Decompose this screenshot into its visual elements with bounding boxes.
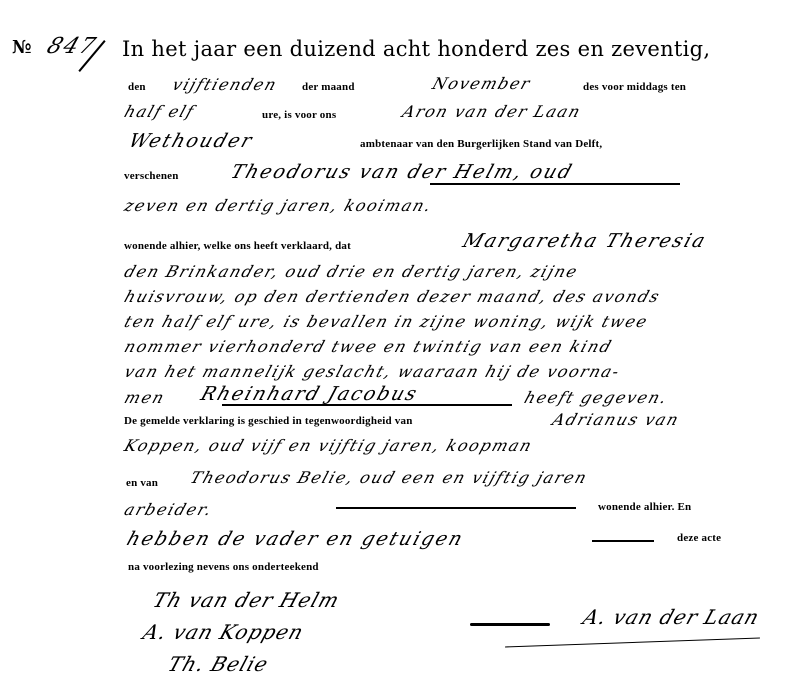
hand-month: November [430,74,534,93]
printed-verschenen: verschenen [124,170,179,182]
hand-mother-name: Margaretha Theresia [460,230,710,252]
hand-body-line-1: den Brinkander, oud drie en dertig jaren… [122,262,581,281]
signature-witness-2: Th. Belie [165,652,272,676]
document-heading: In het jaar een duizend acht honderd zes… [122,37,710,61]
child-name-underline [222,404,512,406]
signature-witness-1: A. van Koppen [140,620,307,644]
printed-des-middags: des voor middags ten [583,81,686,93]
printed-ambtenaar: ambtenaar van den Burgerlijken Stand van… [360,138,602,150]
hand-witness-1-name: Adrianus van [550,410,682,429]
printed-de-gemelde-verklaring: De gemelde verklaring is geschied in teg… [124,415,413,427]
hand-time: half elf [122,102,197,121]
hand-body-line-4: nommer vierhonderd twee en twintig van e… [122,337,615,356]
hand-body-line-2: huisvrouw, op den dertienden dezer maand… [122,287,663,306]
hand-men: men [122,388,168,407]
hand-witness-1-details: Koppen, oud vijf en vijftig jaren, koopm… [122,436,535,455]
father-name-underline [430,183,680,185]
hand-witness-2: Theodorus Belie, oud een en vijftig jare… [188,468,590,487]
filler-rule-2 [592,540,654,542]
printed-wonende-verklaard: wonende alhier, welke ons heeft verklaar… [124,240,351,252]
signature-officer-flourish-left [470,623,550,626]
hand-father-age-occupation: zeven en dertig jaren, kooiman. [122,196,435,215]
filler-rule-1 [336,507,576,509]
signature-officer-flourish-under [505,638,760,648]
hand-child-name: Rheinhard Jacobus [198,383,421,405]
hand-officer-title: Wethouder [126,130,256,152]
hand-officer-name: Aron van der Laan [400,102,584,121]
hand-father-name: Theodorus van der Helm, oud [228,161,576,183]
signature-father: Th van der Helm [150,588,343,612]
record-number-prefix: № [12,37,32,58]
hand-body-line-5: van het mannelijk geslacht, waaraan hij … [122,362,623,381]
hand-hebben-getuigen: hebben de vader en getuigen [124,528,467,550]
signature-officer: A. van der Laan [580,605,763,629]
hand-witness-2-occupation: arbeider. [122,500,215,519]
hand-heeft-gegeven: heeft gegeven. [522,388,671,407]
printed-der-maand: der maand [302,81,355,93]
printed-en-van: en van [126,477,158,489]
hand-body-line-3: ten half elf ure, is bevallen in zijne w… [122,312,651,331]
printed-den: den [128,81,146,93]
printed-ure-voor-ons: ure, is voor ons [262,109,336,121]
printed-wonende-alhier-en: wonende alhier. En [598,501,691,513]
hand-day: vijftienden [170,75,280,94]
printed-na-voorlezing: na voorlezing nevens ons onderteekend [128,561,319,573]
printed-deze-acte: deze acte [677,532,721,544]
